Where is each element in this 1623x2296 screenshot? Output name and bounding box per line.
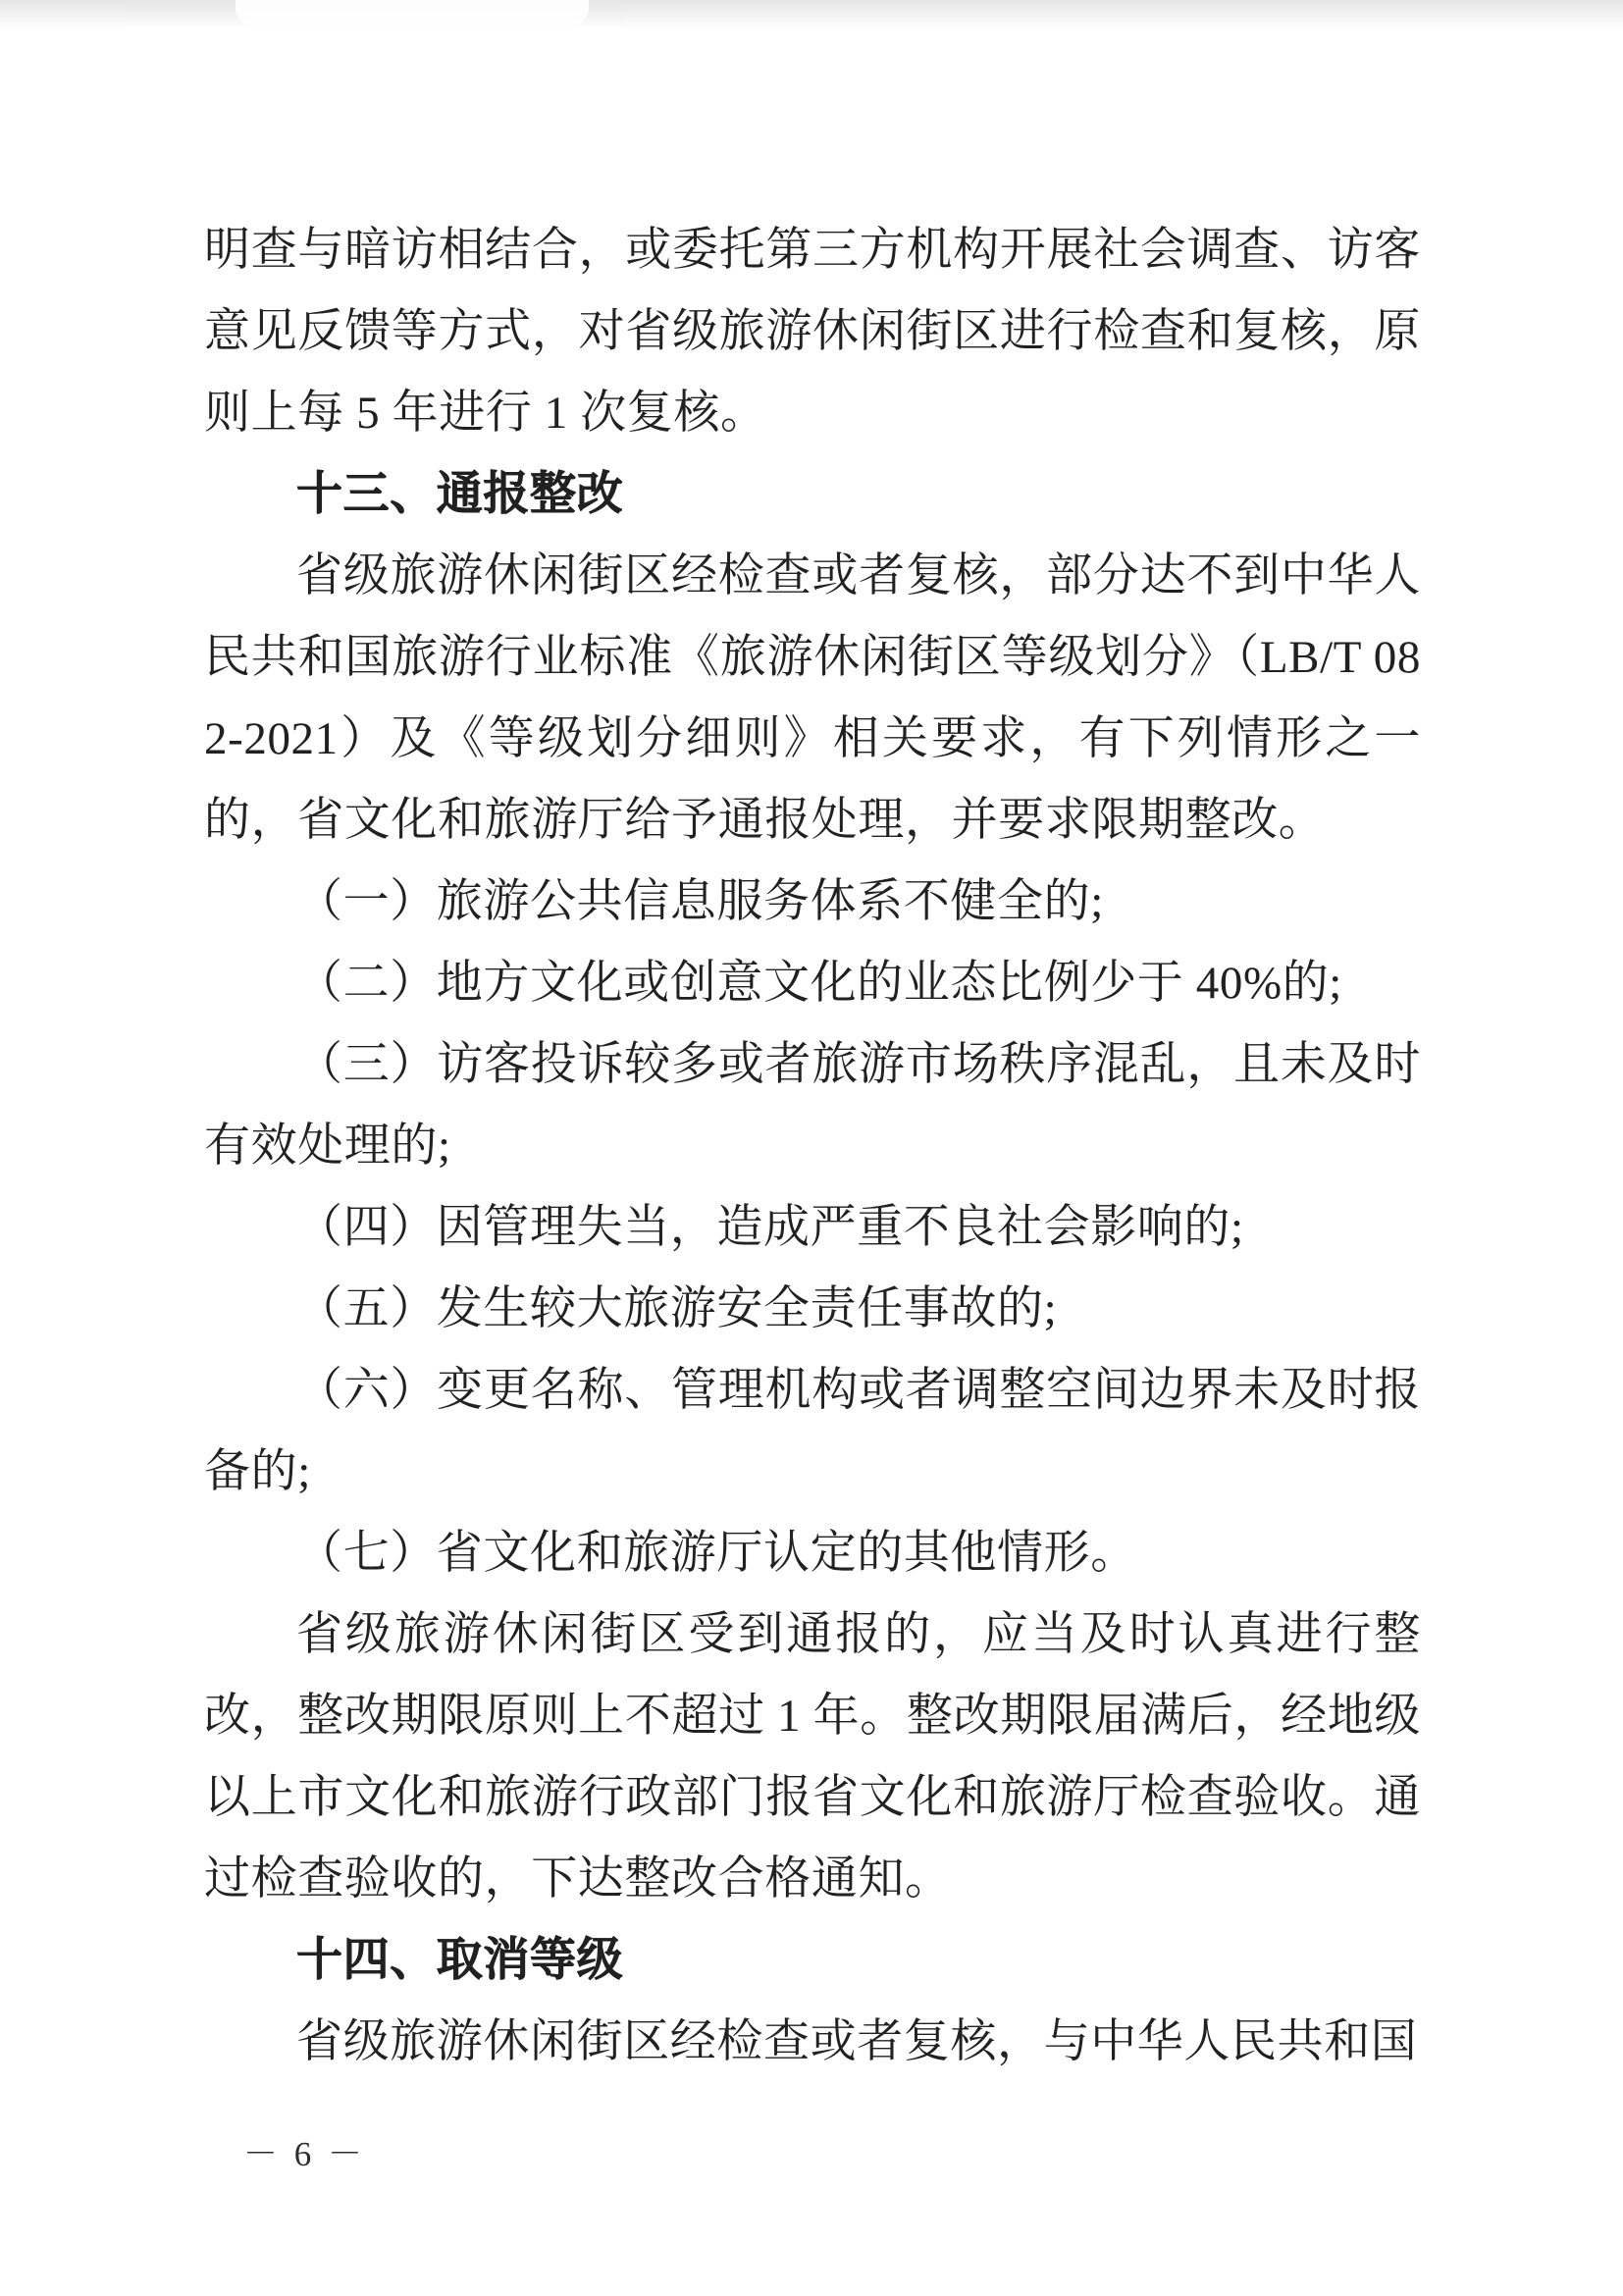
paragraph: （六）变更名称、管理机构或者调整空间边界未及时报备的; [204, 1350, 1421, 1513]
scan-edge-notch [236, 0, 589, 26]
page-number: － 6 － [243, 2127, 366, 2176]
paragraph: （五）发生较大旅游安全责任事故的; [204, 1269, 1421, 1350]
paragraph: 省级旅游休闲街区经检查或者复核，与中华人民共和国 [204, 2002, 1421, 2083]
section-heading: 十三、通报整改 [204, 454, 1421, 536]
paragraph: 省级旅游休闲街区经检查或者复核，部分达不到中华人民共和国旅游行业标准《旅游休闲街… [204, 536, 1421, 861]
document-body: 明查与暗访相结合，或委托第三方机构开展社会调查、访客意见反馈等方式，对省级旅游休… [204, 210, 1421, 2083]
paragraph: （四）因管理失当，造成严重不良社会影响的; [204, 1187, 1421, 1269]
paragraph: （一）旅游公共信息服务体系不健全的; [204, 861, 1421, 943]
paragraph: 省级旅游休闲街区受到通报的，应当及时认真进行整改，整改期限原则上不超过 1 年。… [204, 1594, 1421, 1920]
section-heading: 十四、取消等级 [204, 1920, 1421, 2002]
scan-edge-artifact [0, 0, 1623, 29]
paragraph: （二）地方文化或创意文化的业态比例少于 40%的; [204, 943, 1421, 1024]
paragraph: （七）省文化和旅游厅认定的其他情形。 [204, 1513, 1421, 1594]
paragraph: （三）访客投诉较多或者旅游市场秩序混乱，且未及时有效处理的; [204, 1024, 1421, 1187]
paragraph: 明查与暗访相结合，或委托第三方机构开展社会调查、访客意见反馈等方式，对省级旅游休… [204, 210, 1421, 454]
document-page: 明查与暗访相结合，或委托第三方机构开展社会调查、访客意见反馈等方式，对省级旅游休… [0, 0, 1623, 2296]
